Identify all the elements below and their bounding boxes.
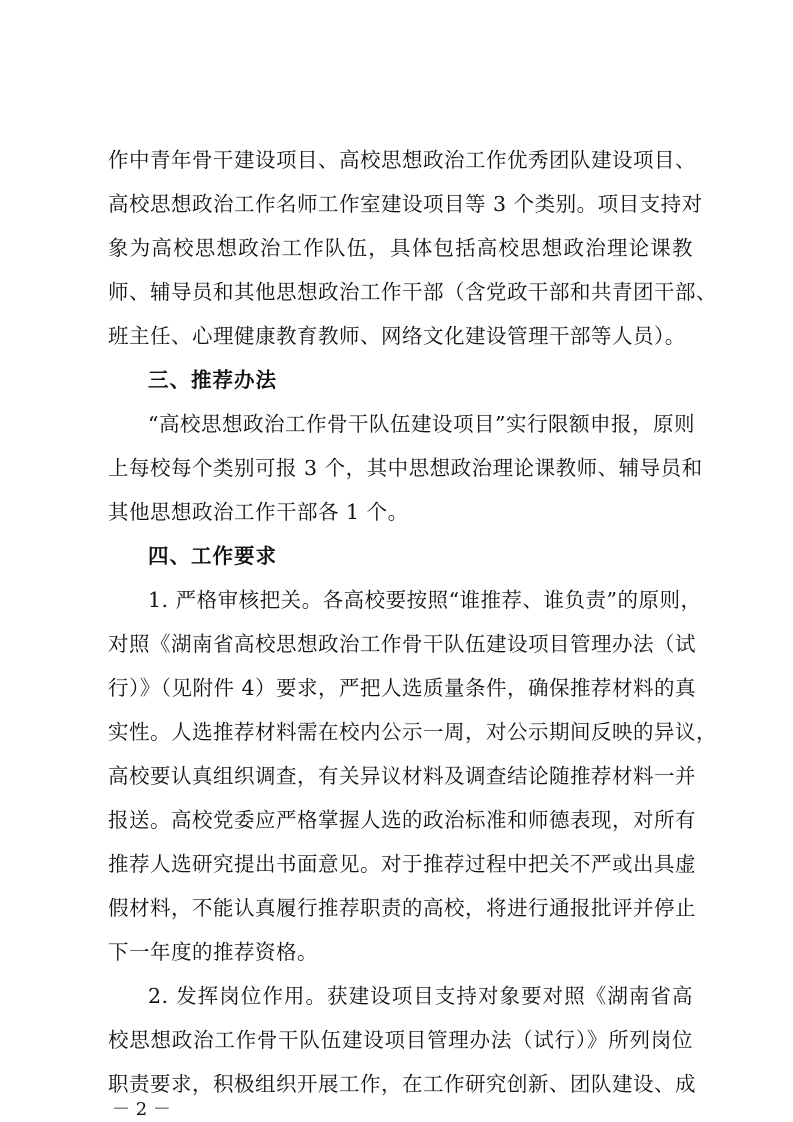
paragraph-line: “高校思想政治工作骨干队伍建设项目”实行限额申报，原则 <box>148 408 693 440</box>
paragraph-line: 2. 发挥岗位作用。获建设项目支持对象要对照《湖南省高 <box>148 980 693 1012</box>
paragraph-line: 下一年度的推荐资格。 <box>108 936 693 968</box>
paragraph-line: 校思想政治工作骨干队伍建设项目管理办法（试行）》所列岗位 <box>108 1024 693 1056</box>
document-page: 作中青年骨干建设项目、高校思想政治工作优秀团队建设项目、 高校思想政治工作名师工… <box>0 0 793 1122</box>
paragraph-line: 对照《湖南省高校思想政治工作骨干队伍建设项目管理办法（试 <box>108 628 693 660</box>
paragraph-line: 实性。人选推荐材料需在校内公示一周，对公示期间反映的异议， <box>108 716 693 748</box>
paragraph-line: 其他思想政治工作干部各 1 个。 <box>108 496 693 528</box>
paragraph-line: 行）》（见附件 4）要求，严把人选质量条件，确保推荐材料的真 <box>108 672 693 704</box>
paragraph-line: 推荐人选研究提出书面意见。对于推荐过程中把关不严或出具虚 <box>108 848 693 880</box>
paragraph-line: 作中青年骨干建设项目、高校思想政治工作优秀团队建设项目、 <box>108 144 693 176</box>
paragraph-line: 职责要求，积极组织开展工作，在工作研究创新、团队建设、成 <box>108 1068 693 1100</box>
paragraph-line: 上每校每个类别可报 3 个，其中思想政治理论课教师、辅导员和 <box>108 452 693 484</box>
paragraph-line: 假材料，不能认真履行推荐职责的高校，将进行通报批评并停止 <box>108 892 693 924</box>
paragraph-line: 1. 严格审核把关。各高校要按照“谁推荐、谁负责”的原则， <box>148 584 693 616</box>
section-heading-four: 四、工作要求 <box>148 540 693 572</box>
paragraph-line: 高校思想政治工作名师工作室建设项目等 3 个类别。项目支持对 <box>108 188 693 220</box>
page-number: － 2 － <box>112 1098 171 1122</box>
section-heading-three: 三、推荐办法 <box>148 364 693 396</box>
paragraph-line: 师、辅导员和其他思想政治工作干部（含党政干部和共青团干部、 <box>108 276 693 308</box>
paragraph-line: 班主任、心理健康教育教师、网络文化建设管理干部等人员）。 <box>108 320 693 352</box>
paragraph-line: 报送。高校党委应严格掌握人选的政治标准和师德表现，对所有 <box>108 804 693 836</box>
paragraph-line: 高校要认真组织调查，有关异议材料及调查结论随推荐材料一并 <box>108 760 693 792</box>
paragraph-line: 象为高校思想政治工作队伍，具体包括高校思想政治理论课教 <box>108 232 693 264</box>
